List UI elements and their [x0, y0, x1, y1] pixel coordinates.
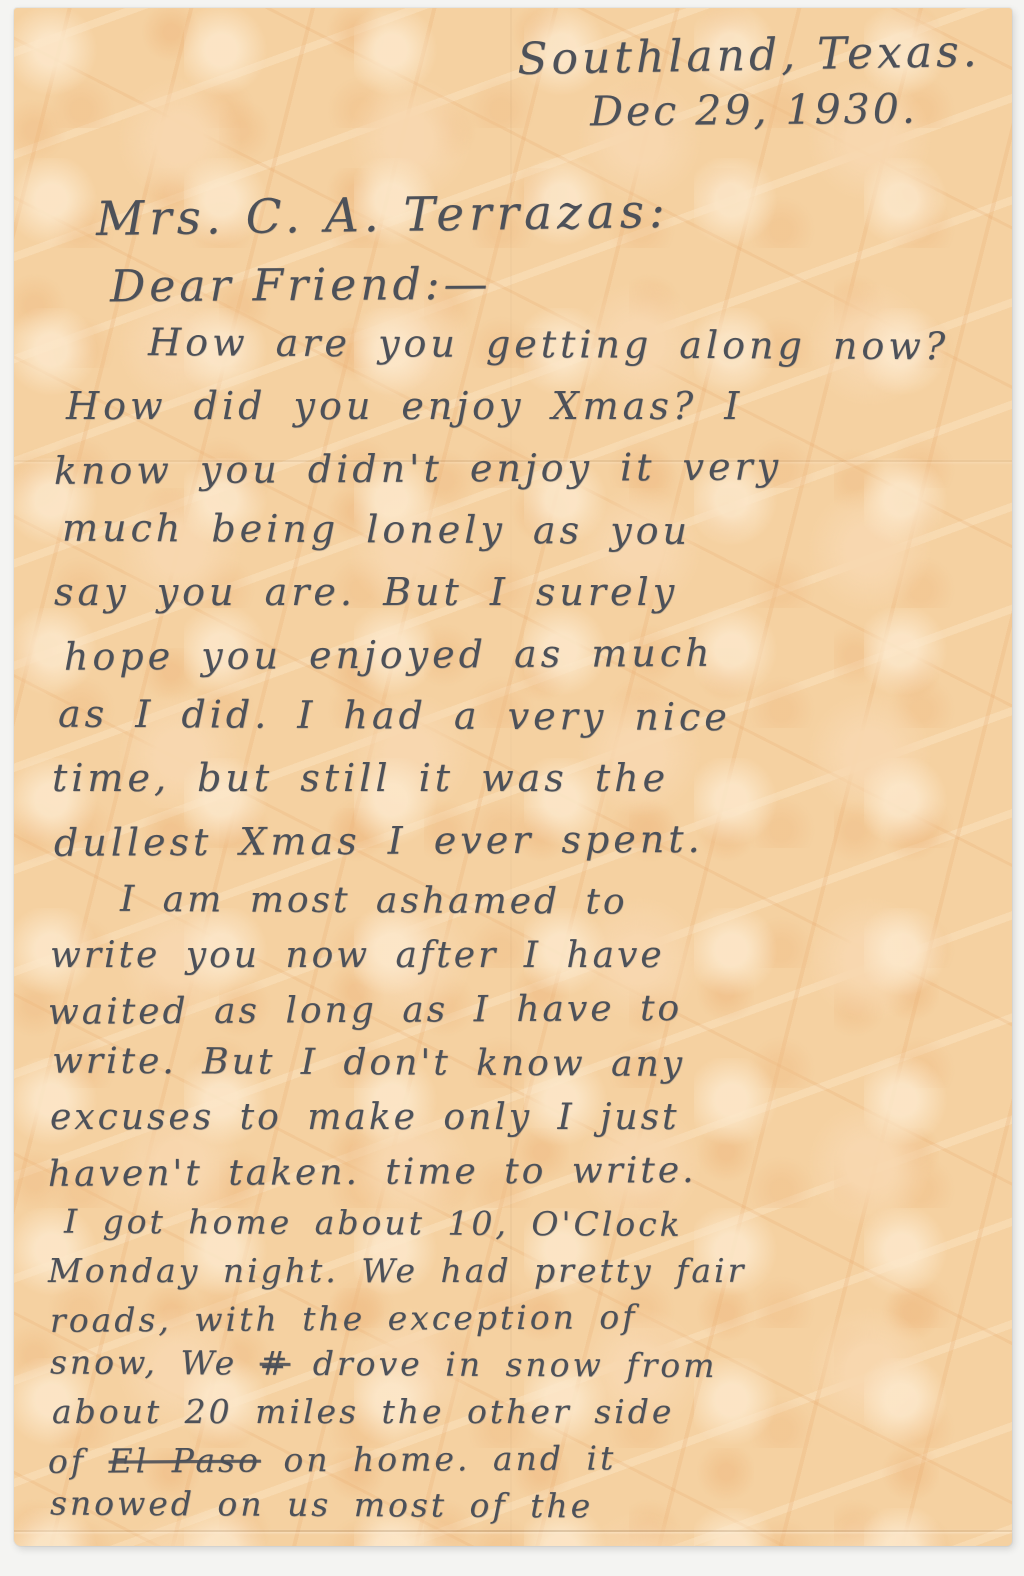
line-text: excuses to make only I just [50, 1097, 680, 1138]
letter-line: write you now after I have [48, 936, 986, 990]
scanned-letter-page: Southland, Texas. Dec 29, 1930. Mrs. C. … [0, 0, 1024, 1576]
letter-date: Dec 29, 1930. [574, 84, 934, 135]
letter-paper: Southland, Texas. Dec 29, 1930. Mrs. C. … [14, 8, 1012, 1546]
letter-line: snow, We # drove in snow from [48, 1345, 986, 1397]
letter-line: write. But I don't know any [48, 1042, 986, 1101]
line-text: How are you getting along now? [148, 320, 949, 368]
line-text: on home. and it [261, 1438, 617, 1479]
letter-location: Southland, Texas. [514, 26, 985, 85]
letter-body: How are you getting along now?How did yo… [48, 324, 986, 1535]
letter-line: of El Paso on home. and it [48, 1438, 986, 1491]
line-text: know you didn't enjoy it very [54, 444, 782, 492]
letter-line: How are you getting along now? [48, 322, 986, 389]
letter-recipient: Mrs. C. A. Terrazas: [96, 184, 671, 247]
letter-line: much being lonely as you [48, 508, 986, 575]
line-text: time, but still it was the [52, 756, 669, 800]
struck-text: # [260, 1344, 291, 1383]
letter-line: How did you enjoy Xmas? I [48, 386, 986, 448]
line-text: of [48, 1441, 109, 1480]
letter-line: as I did. I had a very nice [48, 694, 986, 761]
line-text: about 20 miles the other side [52, 1392, 674, 1431]
letter-line: know you didn't enjoy it very [48, 445, 986, 513]
line-text: snow, We [50, 1343, 260, 1383]
line-text: waited as long as I have to [48, 988, 682, 1033]
line-text: dullest Xmas I ever spent. [54, 817, 704, 865]
struck-text: El Paso [108, 1441, 261, 1481]
line-text: say you are. But I surely [54, 570, 678, 614]
letter-line: Monday night. We had pretty fair [48, 1253, 986, 1300]
letter-line: hope you enjoyed as much [48, 631, 986, 699]
letter-line: haven't taken. time to write. [48, 1149, 986, 1209]
letter-line: roads, with the exception of [48, 1297, 986, 1350]
line-text: hope you enjoyed as much [64, 631, 714, 679]
letter-line: I got home about 10, O'Clock [48, 1204, 986, 1256]
line-text: drove in snow from [290, 1344, 717, 1385]
line-text: haven't taken. time to write. [48, 1150, 697, 1195]
letter-line: time, but still it was the [48, 758, 986, 820]
line-text: much being lonely as you [62, 506, 691, 553]
line-text: write. But I don't know any [52, 1041, 685, 1085]
letter-line: waited as long as I have to [48, 987, 986, 1047]
letter-line: snowed on us most of the [48, 1486, 986, 1538]
line-text: write you now after I have [50, 935, 665, 976]
letter-line: say you are. But I surely [48, 572, 986, 634]
line-text: Monday night. We had pretty fair [48, 1251, 746, 1290]
line-text: roads, with the exception of [50, 1297, 638, 1340]
letter-line: about 20 miles the other side [48, 1394, 986, 1441]
line-text: How did you enjoy Xmas? I [66, 384, 743, 428]
letter-line: dullest Xmas I ever spent. [48, 817, 986, 885]
letter-line: excuses to make only I just [48, 1098, 986, 1152]
line-text: I got home about 10, O'Clock [64, 1202, 683, 1244]
line-text: as I did. I had a very nice [58, 692, 731, 740]
line-text: snowed on us most of the [50, 1484, 593, 1526]
line-text: I am most ashamed to [120, 879, 628, 923]
letter-salutation: Dear Friend:— [110, 259, 492, 313]
letter-line: I am most ashamed to [48, 880, 986, 939]
